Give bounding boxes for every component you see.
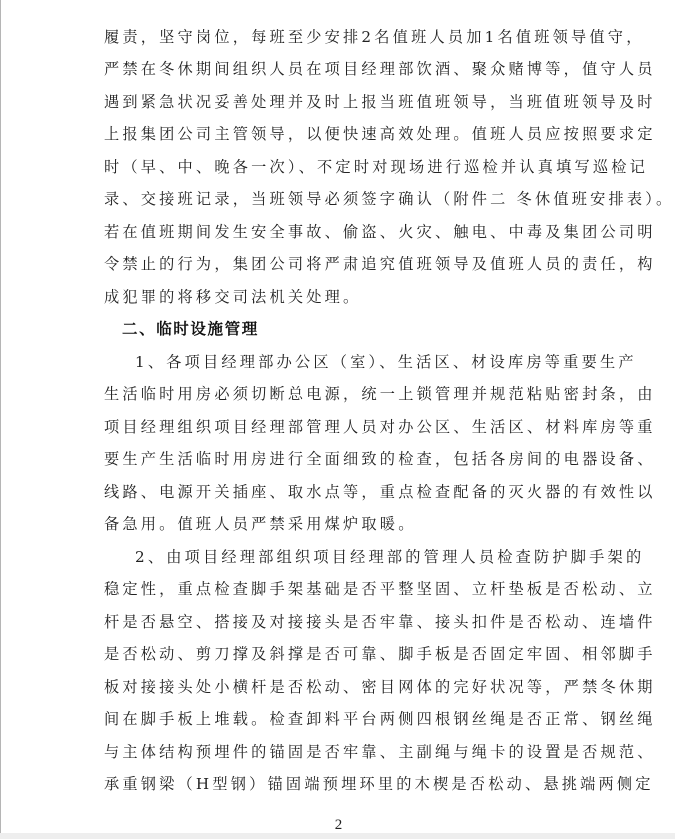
section-heading: 二、临时设施管理 <box>122 318 259 340</box>
page-number: 2 <box>1 815 675 835</box>
paragraph-line: 是否松动、剪刀撑及斜撑是否可靠、脚手板是否固定牢固、相邻脚手 <box>104 643 574 665</box>
paragraph-line: 履责，坚守岗位，每班至少安排2名值班人员加1名值班领导值守， <box>104 26 574 48</box>
paragraph-line: 2、由项目经理部组织项目经理部的管理人员检查防护脚手架的 <box>135 546 574 568</box>
paragraph-line: 录、交接班记录，当班领导必须签字确认（附件二 冬休值班安排表）。 <box>104 188 574 210</box>
paragraph-line: 线路、电源开关插座、取水点等，重点检查配备的灭火器的有效性以 <box>104 481 574 503</box>
paragraph-line: 项目经理组织项目经理部管理人员对办公区、生活区、材料库房等重 <box>104 416 574 438</box>
paragraph-line: 严禁在冬休期间组织人员在项目经理部饮酒、聚众赌博等，值守人员 <box>104 58 574 80</box>
paragraph-line: 杆是否悬空、搭接及对接接头是否牢靠、接头扣件是否松动、连墙件 <box>104 611 574 633</box>
paragraph-line: 要生产生活临时用房进行全面细致的检查，包括各房间的电器设备、 <box>104 448 574 470</box>
document-page: 履责，坚守岗位，每班至少安排2名值班人员加1名值班领导值守， 严禁在冬休期间组织… <box>0 0 675 833</box>
paragraph-line: 1、各项目经理部办公区（室）、生活区、材设库房等重要生产 <box>135 351 574 373</box>
paragraph-line: 与主体结构预埋件的锚固是否牢靠、主副绳与绳卡的设置是否规范、 <box>104 741 574 763</box>
paragraph-line: 生活临时用房必须切断总电源，统一上锁管理并规范粘贴密封条，由 <box>104 383 574 405</box>
paragraph-line: 令禁止的行为，集团公司将严肃追究值班领导及值班人员的责任，构 <box>104 253 574 275</box>
page-gap <box>0 833 675 839</box>
paragraph-line: 时（早、中、晚各一次）、不定时对现场进行巡检并认真填写巡检记 <box>104 156 574 178</box>
paragraph-line: 若在值班期间发生安全事故、偷盗、火灾、触电、中毒及集团公司明 <box>104 221 574 243</box>
paragraph-line: 成犯罪的将移交司法机关处理。 <box>104 286 574 308</box>
paragraph-line: 板对接接头处小横杆是否松动、密目网体的完好状况等，严禁冬休期 <box>104 676 574 698</box>
paragraph-line: 承重钢梁（H型钢）锚固端预埋环里的木楔是否松动、悬挑端两侧定 <box>104 773 574 795</box>
paragraph-line: 备急用。值班人员严禁采用煤炉取暖。 <box>104 513 574 535</box>
paragraph-line: 上报集团公司主管领导，以便快速高效处理。值班人员应按照要求定 <box>104 123 574 145</box>
paragraph-line: 稳定性，重点检查脚手架基础是否平整坚固、立杆垫板是否松动、立 <box>104 578 574 600</box>
paragraph-line: 间在脚手板上堆载。检查卸料平台两侧四根钢丝绳是否正常、钢丝绳 <box>104 708 574 730</box>
paragraph-line: 遇到紧急状况妥善处理并及时上报当班值班领导，当班值班领导及时 <box>104 91 574 113</box>
